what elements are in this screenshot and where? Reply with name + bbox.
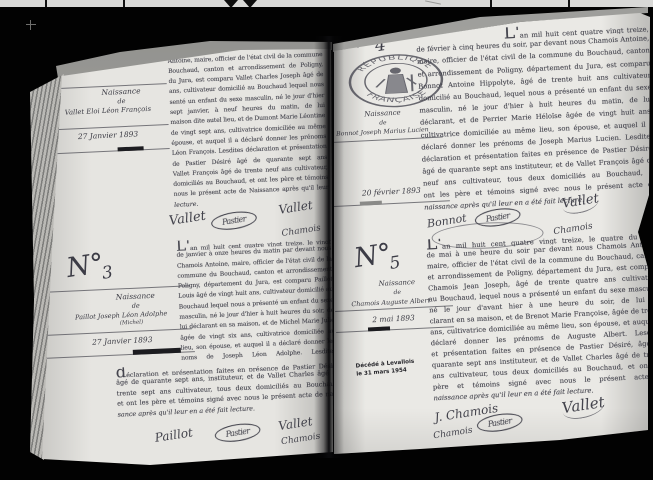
signature-circled: Pastier	[214, 421, 262, 445]
signature: Chamois	[433, 425, 474, 441]
margin-rule	[40, 148, 170, 155]
microfilm-scan: N°2 Naissance de Vallet Eloi Léon Franço…	[0, 0, 653, 480]
right-page-content: 2 N°4 RÉPUBLIQUE FRANÇAISE	[329, 0, 653, 461]
signature: Vallet	[561, 393, 607, 421]
filmstrip-edge	[0, 0, 653, 7]
signature: Vallet	[168, 209, 207, 229]
ink-mark	[368, 326, 390, 331]
act-date: 27 Janvier 1893	[53, 128, 163, 142]
filmstrip-tick	[490, 0, 492, 7]
signature: Vallet	[277, 414, 313, 433]
act-number: N°5	[352, 237, 402, 279]
filmstrip-tick	[123, 0, 125, 7]
ink-mark	[118, 146, 144, 151]
signature: Paillot	[154, 425, 194, 445]
registration-mark	[26, 20, 36, 30]
marianne-figure	[375, 67, 416, 94]
signature-circled: Pastier	[210, 209, 258, 233]
filmstrip-tick	[568, 0, 570, 7]
act-body-text-wide: déclaration et présentation faites en pr…	[116, 358, 342, 409]
signature: Chamois	[280, 431, 321, 447]
filmstrip-tick	[45, 0, 47, 7]
act-body-text: L'an mil huit cent quatre vingt treize, …	[416, 20, 653, 202]
act-date: 2 mai 1893	[348, 312, 438, 325]
filmstrip-arrow-icon	[243, 0, 257, 8]
act-number: N°3	[65, 247, 115, 289]
act-body-text: L'an mil huit cent quatre vingt treize, …	[176, 234, 336, 364]
act-closing: lecture.	[174, 201, 198, 209]
filmstrip-arrow-icon	[224, 0, 238, 8]
signature: Vallet	[561, 191, 601, 215]
signature: Vallet	[278, 198, 314, 217]
left-page-content: N°2 Naissance de Vallet Eloi Léon Franço…	[49, 28, 354, 473]
act-date: 27 Janvier 1893	[67, 334, 177, 348]
ink-mark	[133, 348, 181, 355]
ink-mark	[360, 201, 382, 206]
act-body-text: L'an mil huit cent quatre vingt treize, …	[426, 228, 653, 393]
child-name: Vallet Eloi Léon François	[46, 104, 170, 118]
